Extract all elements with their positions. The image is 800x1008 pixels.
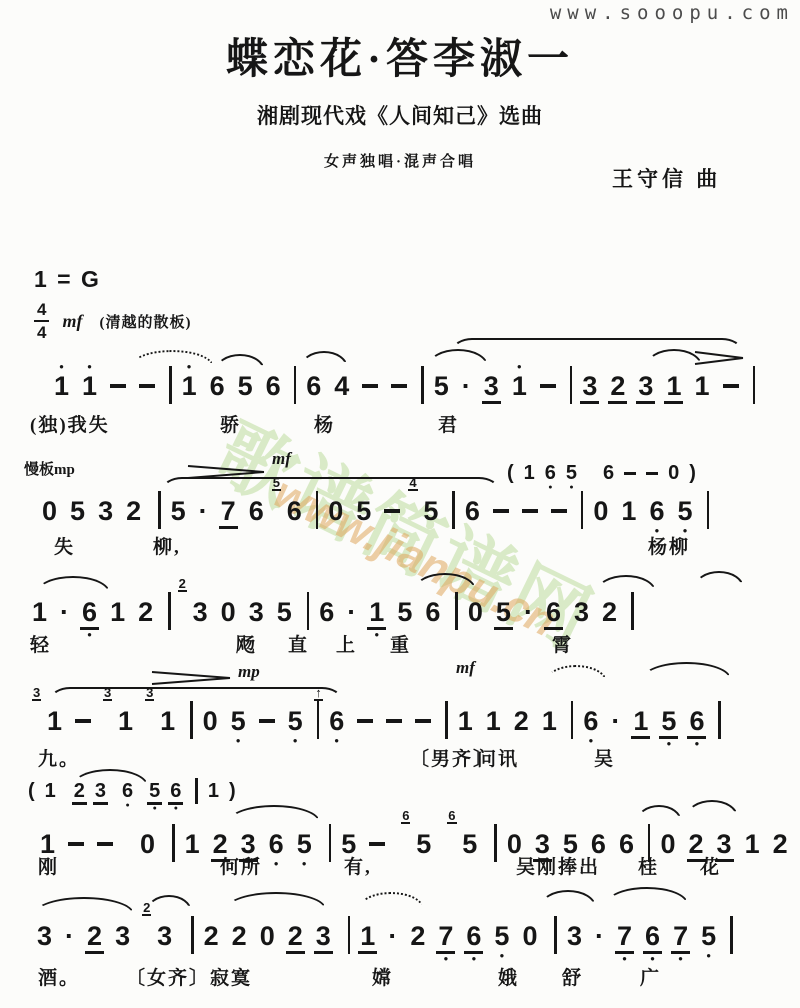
note: 3 [35, 912, 54, 960]
song-title: 蝶恋花·答李淑一 [0, 26, 800, 86]
note-digit: 3 [565, 921, 584, 951]
barline [718, 701, 721, 739]
note-digit: 1 [456, 706, 475, 736]
note: 56 [414, 820, 433, 868]
note-digit: 0 [658, 829, 677, 859]
octave-dot-below: ● [588, 736, 593, 745]
slur-arc [596, 575, 656, 592]
note-digit: 4 [332, 371, 351, 401]
dash-glyph [75, 719, 91, 723]
note-digit: 3 [35, 921, 54, 951]
note: 2 [771, 820, 790, 868]
note-digit: 5 [699, 921, 718, 951]
dash-note [549, 487, 569, 535]
note: 6 [304, 362, 323, 410]
time-signature-denominator: 4 [37, 322, 46, 341]
note: 7● [615, 912, 634, 963]
note-digit: 1 [116, 706, 135, 736]
note: 6 [317, 588, 336, 636]
note-digit: 3 [113, 921, 132, 951]
barline [317, 701, 320, 739]
note-digit: 3 [482, 371, 501, 404]
slur-arc [636, 805, 682, 822]
note: 5 [68, 487, 87, 535]
barline [452, 491, 455, 529]
barline [191, 916, 194, 954]
note: 2 [230, 912, 249, 960]
note-digit: 5 [421, 496, 440, 526]
note: 2 [408, 912, 427, 960]
note-digit: 2 [512, 706, 531, 736]
dash-glyph [624, 472, 636, 475]
note-digit: 2 [202, 921, 221, 951]
note-digit: 7 [671, 921, 690, 954]
note: 6● [464, 912, 483, 963]
note-digit: 1 [180, 371, 199, 401]
note-digit: 2 [771, 829, 790, 859]
octave-dot-below: ● [125, 802, 129, 809]
dash-glyph [384, 509, 400, 513]
barline [581, 491, 584, 529]
note: 1 [206, 773, 221, 809]
note: 1 [484, 697, 503, 745]
note-digit: 1 [358, 921, 377, 954]
barline [195, 778, 198, 804]
note-digit: 6 [543, 462, 558, 484]
note-digit: ( [505, 462, 516, 484]
note-digit [108, 371, 128, 401]
note-digit: 5 [147, 780, 162, 805]
note: 6 [264, 362, 283, 410]
note: 7● [436, 912, 455, 963]
slur-arc [146, 895, 192, 912]
note-digit [491, 496, 511, 526]
note-digit: 1 [631, 706, 650, 739]
note: 1 [522, 455, 537, 491]
decrescendo-hairpin [693, 350, 745, 371]
slur-arc [215, 354, 265, 371]
note: 6● [543, 455, 558, 491]
note-digit: 1 [510, 371, 529, 401]
note-digit: 6 [617, 829, 636, 859]
dash-glyph [259, 719, 275, 723]
dash-note [384, 697, 404, 745]
note-digit: 2 [286, 921, 305, 954]
note-digit: 5 [460, 829, 479, 859]
note-digit: 6 [80, 597, 99, 630]
barline [570, 366, 573, 404]
lyric: (独)我失 [30, 410, 110, 437]
lyric: 嫦 [372, 963, 393, 990]
note-digit: 6 [327, 706, 346, 736]
note: 0 [666, 455, 681, 491]
note-digit: 6 [285, 496, 304, 526]
note-digit: 6 [208, 371, 227, 401]
dynamic-mark: mf [62, 311, 82, 332]
note: 0 [658, 820, 677, 868]
slur-arc [540, 890, 596, 907]
note: 0 [591, 487, 610, 535]
note: ( [26, 773, 37, 809]
note: 5● [295, 820, 314, 868]
dash-note [538, 362, 558, 410]
octave-dot-below: ● [706, 951, 711, 960]
note-digit: 2 [408, 921, 427, 951]
barline [730, 916, 733, 954]
lyric: 吴 [594, 744, 615, 771]
notes-row-6: 3·2332220231·27●6●5●03·7●6●7●5● [35, 912, 741, 963]
note: 2 [202, 912, 221, 960]
dash-glyph [646, 472, 658, 475]
note-digit: 0 [201, 706, 220, 736]
barline [707, 491, 710, 529]
note: 7● [671, 912, 690, 963]
octave-dot-below: ● [274, 859, 279, 868]
barline [348, 916, 351, 954]
lyric: 直 [288, 630, 309, 657]
paren-notes-row: (16●5●60) [505, 455, 704, 491]
decrescendo-hairpin [150, 670, 232, 691]
sheet-music-page: www.sooopu.com 蝶恋花·答李淑一 湘剧现代戏《人间知己》选曲 女声… [0, 0, 800, 1008]
lyric: 桂 [638, 852, 659, 879]
slur-arc [36, 576, 110, 593]
note-digit: 6 [544, 597, 563, 630]
dynamic-mark: mp [238, 662, 260, 682]
note-digit [721, 371, 741, 401]
note: 3 [96, 487, 115, 535]
note-digit: 5 [564, 462, 579, 484]
note: 5● [147, 773, 162, 812]
note-digit: 5 [229, 706, 248, 736]
note: 6● [80, 588, 99, 639]
note: 32 [191, 588, 210, 636]
octave-dot-above: ● [87, 362, 92, 371]
decrescendo-hairpin [186, 464, 266, 485]
note-digit [360, 371, 380, 401]
note-digit: 1 [743, 829, 762, 859]
note: 5 [494, 588, 513, 639]
dash-glyph [723, 384, 739, 388]
note-digit: · [386, 921, 399, 951]
dash-glyph [357, 719, 373, 723]
note-digit: 5 [432, 371, 451, 401]
note-digit: 0 [591, 496, 610, 526]
note-digit [95, 829, 115, 859]
note-digit: 6 [643, 921, 662, 954]
note: 1 [631, 697, 650, 748]
lyric: 舒 [562, 963, 583, 990]
note: 2 [600, 588, 619, 636]
note-digit: 1 [80, 371, 99, 401]
octave-dot-below: ● [500, 951, 505, 960]
note: 6 [601, 455, 616, 491]
note-digit: 7 [219, 496, 238, 529]
dash-glyph [551, 509, 567, 513]
note: 6● [168, 773, 183, 812]
note: ●1 [52, 362, 71, 410]
note: 3 [113, 912, 132, 960]
note: 5 [275, 588, 294, 636]
note-digit: 0 [138, 829, 157, 859]
dash-note [389, 362, 409, 410]
key-signature: 1 = G [34, 266, 191, 293]
note: 1 [743, 820, 762, 868]
note: 1 [664, 362, 683, 413]
dash-note [644, 455, 660, 491]
lyric: 娥 [498, 963, 519, 990]
note-digit: 6 [463, 496, 482, 526]
barline [753, 366, 756, 404]
note-digit: 5 [494, 597, 513, 630]
barline [631, 592, 634, 630]
note: 5● [492, 912, 511, 960]
note: 2 [124, 487, 143, 535]
barline [172, 824, 175, 862]
octave-dot-below: ● [695, 739, 700, 748]
note-digit: 7 [436, 921, 455, 954]
note: 5 [395, 588, 414, 636]
note: 56 [460, 820, 479, 868]
octave-dot-below: ● [650, 954, 655, 963]
note-digit: 2 [85, 921, 104, 954]
note-digit: 0 [520, 921, 539, 951]
grace-note: 6 [447, 809, 456, 824]
lyric: 杨柳 [648, 532, 690, 559]
note-digit: · [63, 921, 76, 951]
note-digit [413, 706, 433, 736]
barline [316, 491, 319, 529]
lyric: 广 [640, 963, 661, 990]
note-digit [538, 371, 558, 401]
note-digit: 5 [295, 829, 314, 859]
dash-glyph [362, 384, 378, 388]
barline [294, 366, 297, 404]
note: ●1 [80, 362, 99, 410]
note-digit: 6 [423, 597, 442, 627]
note-digit: 1 [45, 706, 64, 736]
augmentation-dot: · [593, 912, 606, 960]
barline [169, 366, 172, 404]
note-digit: 1 [522, 462, 537, 484]
note: 5● [564, 455, 579, 491]
note-digit: · [197, 496, 210, 526]
time-signature: 4 4 [34, 301, 49, 341]
barline [494, 824, 497, 862]
lyric: 柳, [153, 532, 181, 559]
note-digit [355, 706, 375, 736]
note: 6● [581, 697, 600, 745]
slur-arc [130, 350, 214, 367]
dynamic-mark: mf [272, 449, 291, 469]
octave-dot-below: ● [302, 859, 307, 868]
lyric: 重 [390, 630, 411, 657]
note: 5 [432, 362, 451, 410]
note-digit: 1 [158, 706, 177, 736]
note-digit: 3 [247, 597, 266, 627]
note: ( [505, 455, 516, 491]
lyric: 轻 [30, 630, 51, 657]
tempo-note: (清越的散板) [99, 311, 191, 332]
note-digit: 3 [636, 371, 655, 404]
dash-note [520, 487, 540, 535]
lyric: 飏 [236, 630, 257, 657]
slur-arc [642, 662, 731, 679]
note: ) [687, 455, 698, 491]
note-digit: 5 [169, 496, 188, 526]
dash-glyph [540, 384, 556, 388]
note-digit [622, 462, 638, 484]
note-digit: 6 [647, 496, 666, 526]
augmentation-dot: · [460, 362, 473, 410]
note-digit: 0 [666, 462, 681, 484]
note-digit: · [460, 371, 473, 401]
lyric: 有, [344, 852, 372, 879]
note-digit: 0 [219, 597, 238, 627]
barline [455, 592, 458, 630]
note: 3 [572, 588, 591, 636]
note: 1 [540, 697, 559, 745]
dash-note [355, 697, 375, 745]
notes-row-5: 101236●5●556560356602312 [38, 820, 800, 871]
dash-glyph [139, 384, 155, 388]
note-digit [73, 706, 93, 736]
note-digit: 6 [267, 829, 286, 859]
barline [554, 916, 557, 954]
octave-dot-below: ● [548, 484, 552, 491]
slur-arc [414, 573, 476, 590]
dash-glyph [68, 842, 84, 846]
note: 3 [580, 362, 599, 413]
dash-glyph [97, 842, 113, 846]
note-digit: · [345, 597, 358, 627]
note-digit: 5 [236, 371, 255, 401]
note-digit [389, 371, 409, 401]
lyric: 骄 [220, 410, 241, 437]
barline [168, 592, 171, 630]
slur-arc [300, 351, 348, 368]
note: 0 [138, 820, 157, 868]
note-digit: 1 [43, 780, 58, 802]
slur-arc [545, 665, 607, 682]
note-digit: 6 [168, 780, 183, 805]
note: 6● [267, 820, 286, 868]
lyric: 〔女齐〕 [126, 963, 210, 990]
lyric: 九。 [38, 744, 80, 771]
octave-dot-below: ● [569, 484, 573, 491]
note-digit [549, 496, 569, 526]
sooopu-watermark: www.sooopu.com [550, 2, 794, 24]
note-digit: 6 [264, 371, 283, 401]
note-digit: ( [26, 780, 37, 802]
note-digit: 0 [326, 496, 345, 526]
dash-glyph [386, 719, 402, 723]
dash-glyph [369, 842, 385, 846]
composer-credit: 王守信 曲 [612, 163, 721, 193]
slur-arc [694, 571, 744, 588]
note-digit: 3 [155, 921, 174, 951]
note-digit [66, 829, 86, 859]
lyric: 失 [54, 532, 75, 559]
note: 6● [643, 912, 662, 963]
octave-dot-below: ● [374, 630, 379, 639]
octave-dot-below: ● [678, 954, 683, 963]
lyric: 酒。 [38, 963, 80, 990]
note-digit: 2 [230, 921, 249, 951]
note-digit: 1 [108, 597, 127, 627]
slur-arc [34, 897, 134, 914]
note-digit: 1 [30, 597, 49, 627]
augmentation-dot: · [609, 697, 622, 745]
dash-note [413, 697, 433, 745]
note-digit: 1 [692, 371, 711, 401]
octave-dot-below: ● [174, 805, 178, 812]
note-digit [257, 706, 277, 736]
slur-arc [226, 892, 326, 909]
note-digit: 5 [68, 496, 87, 526]
dash-glyph [415, 719, 431, 723]
note-digit [644, 462, 660, 484]
note: 1 [358, 912, 377, 963]
note: 6 [423, 588, 442, 636]
octave-dot-below: ● [443, 954, 448, 963]
note: 1 [619, 487, 638, 535]
note: 2 [136, 588, 155, 636]
lyric: 吴刚捧出 [516, 852, 600, 879]
dash-note [622, 455, 638, 491]
note-digit: 1 [484, 706, 503, 736]
note-digit: 3 [572, 597, 591, 627]
lyric: 霄 [552, 630, 573, 657]
note-digit: 3 [191, 597, 210, 627]
note-digit: 5 [354, 496, 373, 526]
note-digit: 5 [659, 706, 678, 739]
lyric: 问讯 [477, 744, 519, 771]
dash-note [360, 362, 380, 410]
octave-dot-below: ● [471, 954, 476, 963]
octave-dot-below: ● [293, 736, 298, 745]
note: 3 [482, 362, 501, 413]
time-signature-numerator: 4 [34, 301, 49, 322]
lyric: 上 [336, 630, 357, 657]
key-signature-block: 1 = G 4 4 mf (清越的散板) [34, 266, 191, 341]
note: 2 [286, 912, 305, 963]
note-digit: 1 [540, 706, 559, 736]
dash-note [95, 820, 115, 868]
song-subtitle: 湘剧现代戏《人间知己》选曲 [0, 100, 800, 130]
note-digit: 6 [317, 597, 336, 627]
note-digit: 2 [608, 371, 627, 404]
note: 1 [43, 773, 58, 809]
dash-glyph [522, 509, 538, 513]
note-digit [384, 706, 404, 736]
note: 1● [367, 588, 386, 639]
note: 4 [332, 362, 351, 410]
note-digit: 6 [304, 371, 323, 401]
barline [445, 701, 448, 739]
note-digit: · [58, 597, 71, 627]
note: 0 [466, 588, 485, 636]
note-digit: 6 [601, 462, 616, 484]
note-digit: 2 [124, 496, 143, 526]
note-digit: · [609, 706, 622, 736]
note: 1 [30, 588, 49, 636]
augmentation-dot: · [522, 588, 535, 636]
dash-note [108, 362, 128, 410]
slur-arc [606, 887, 688, 904]
barline [307, 592, 310, 630]
note-digit: 3 [96, 496, 115, 526]
lyric: 寂寞 [210, 963, 252, 990]
